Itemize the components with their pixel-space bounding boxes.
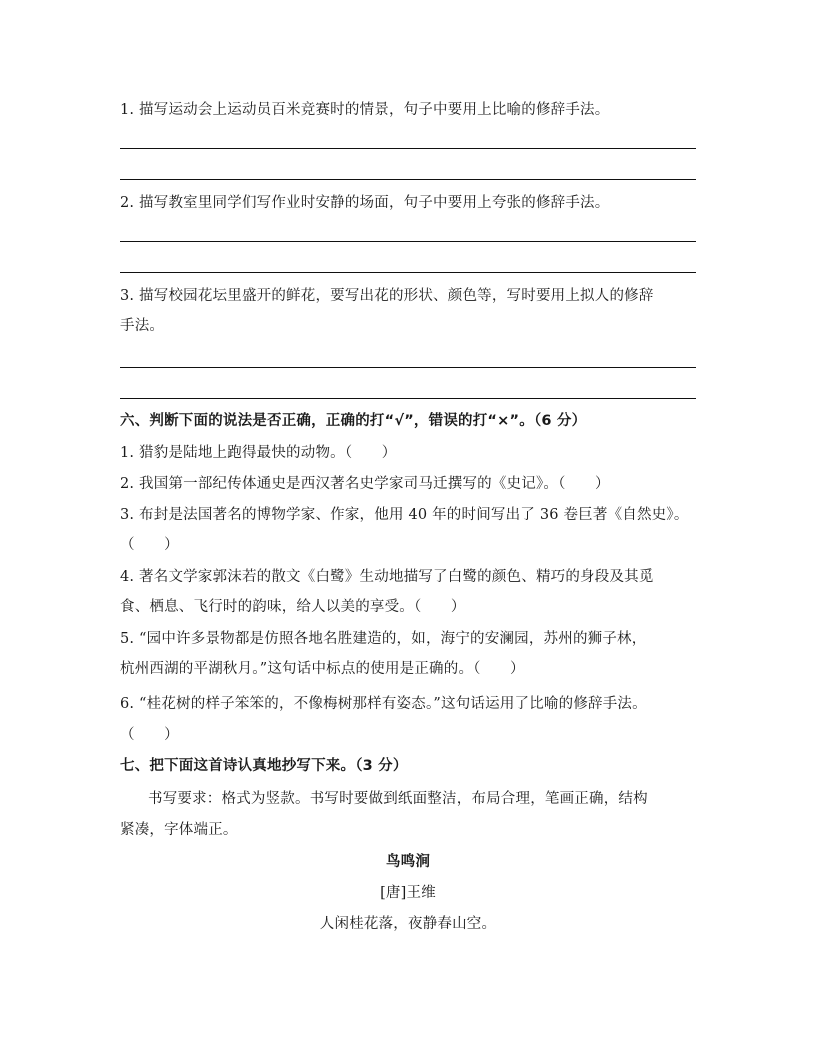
writing-prompt-3-line2: 手法。 bbox=[120, 316, 164, 336]
answer-line[interactable] bbox=[120, 398, 696, 399]
poem-line-1: 人闲桂花落，夜静春山空。 bbox=[0, 914, 816, 934]
answer-line[interactable] bbox=[120, 179, 696, 180]
judge-item-5-line1: 5. “园中许多景物都是仿照各地名胜建造的，如，海宁的安澜园，苏州的狮子林， bbox=[120, 629, 646, 649]
answer-line[interactable] bbox=[120, 148, 696, 149]
judge-item-5-line2: 杭州西湖的平湖秋月。”这句话中标点的使用是正确的。（ ） bbox=[120, 659, 525, 679]
writing-prompt-2: 2. 描写教室里同学们写作业时安静的场面，句子中要用上夸张的修辞手法。 bbox=[120, 193, 609, 213]
judge-item-3-line1: 3. 布封是法国著名的博物学家、作家，他用 40 年的时间写出了 36 卷巨著《… bbox=[120, 505, 689, 525]
answer-line[interactable] bbox=[120, 272, 696, 273]
judge-item-4-line2: 食、栖息、飞行时的韵味，给人以美的享受。（ ） bbox=[120, 597, 466, 617]
judge-item-6-line1: 6. “桂花树的样子笨笨的，不像梅树那样有姿态。”这句话运用了比喻的修辞手法。 bbox=[120, 694, 647, 714]
judge-item-3-answer[interactable]: （ ） bbox=[120, 535, 179, 555]
requirement-line2: 紧凑，字体端正。 bbox=[120, 820, 238, 840]
writing-prompt-3-line1: 3. 描写校园花坛里盛开的鲜花，要写出花的形状、颜色等，写时要用上拟人的修辞 bbox=[120, 286, 654, 306]
judge-item-4-line1: 4. 著名文学家郭沫若的散文《白鹭》生动地描写了白鹭的颜色、精巧的身段及其觅 bbox=[120, 567, 654, 587]
writing-prompt-1: 1. 描写运动会上运动员百米竞赛时的情景，句子中要用上比喻的修辞手法。 bbox=[120, 100, 609, 120]
exam-page: 1. 描写运动会上运动员百米竞赛时的情景，句子中要用上比喻的修辞手法。 2. 描… bbox=[0, 0, 816, 1056]
section-6-title: 六、判断下面的说法是否正确，正确的打“√”，错误的打“×”。（6 分） bbox=[120, 411, 586, 431]
answer-line[interactable] bbox=[120, 241, 696, 242]
poem-title: 鸟鸣涧 bbox=[0, 852, 816, 872]
requirement-line1: 书写要求：格式为竖款。书写时要做到纸面整洁，布局合理，笔画正确，结构 bbox=[148, 789, 648, 809]
judge-item-1: 1. 猎豹是陆地上跑得最快的动物。（ ） bbox=[120, 443, 396, 463]
poem-author: [唐]王维 bbox=[0, 883, 816, 903]
answer-line[interactable] bbox=[120, 367, 696, 368]
section-7-title: 七、把下面这首诗认真地抄写下来。（3 分） bbox=[120, 756, 408, 776]
judge-item-6-answer[interactable]: （ ） bbox=[120, 725, 179, 745]
judge-item-2: 2. 我国第一部纪传体通史是西汉著名史学家司马迁撰写的《史记》。（ ） bbox=[120, 474, 610, 494]
